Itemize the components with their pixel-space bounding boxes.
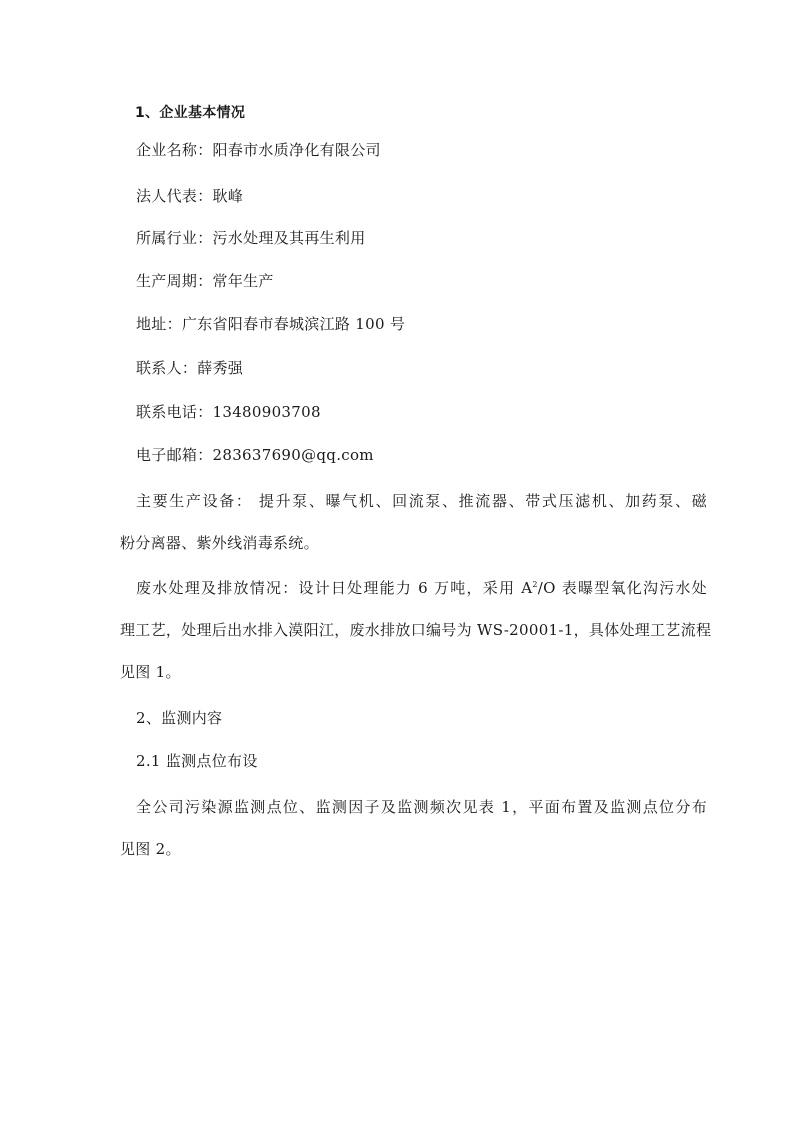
wastewater-line-1: 废水处理及排放情况：设计日处理能力 6 万吨，采用 A2/O 表曝型氧化沟污水处 xyxy=(136,578,707,598)
field-value: 污水处理及其再生利用 xyxy=(213,229,366,247)
field-industry: 所属行业：污水处理及其再生利用 xyxy=(136,228,366,248)
field-address: 地址：广东省阳春市春城滨江路 100 号 xyxy=(136,314,405,334)
equipment-line-2: 粉分离器、紫外线消毒系统。 xyxy=(120,533,319,553)
field-label: 所属行业： xyxy=(136,229,213,247)
field-label: 联系人： xyxy=(136,359,197,377)
field-value: 常年生产 xyxy=(213,272,274,290)
field-label: 企业名称： xyxy=(136,141,213,159)
field-value: 283637690@qq.com xyxy=(213,446,374,464)
field-label: 联系电话： xyxy=(136,403,213,421)
field-production-cycle: 生产周期：常年生产 xyxy=(136,271,274,291)
field-contact-person: 联系人：薛秀强 xyxy=(136,358,243,378)
field-label: 电子邮箱： xyxy=(136,446,213,464)
equipment-line-1: 主要生产设备： 提升泵、曝气机、回流泵、推流器、带式压滤机、加药泵、磁 xyxy=(136,491,707,511)
subsection-heading-monitoring-points: 2.1 监测点位布设 xyxy=(136,751,258,771)
wastewater-line-3: 见图 1。 xyxy=(120,662,181,682)
wastewater-line-2: 理工艺，处理后出水排入漠阳江，废水排放口编号为 WS-20001-1，具体处理工… xyxy=(120,620,707,640)
field-value: 阳春市水质净化有限公司 xyxy=(213,141,381,159)
field-value: 薛秀强 xyxy=(197,359,243,377)
field-company-name: 企业名称：阳春市水质净化有限公司 xyxy=(136,140,381,160)
field-label: 地址： xyxy=(136,315,182,333)
field-value: 耿峰 xyxy=(213,187,244,205)
field-value: 广东省阳春市春城滨江路 100 号 xyxy=(182,315,405,333)
field-legal-representative: 法人代表：耿峰 xyxy=(136,186,243,206)
equipment-text: 提升泵、曝气机、回流泵、推流器、带式压滤机、加药泵、磁 xyxy=(253,492,707,510)
monitoring-paragraph-line-1: 全公司污染源监测点位、监测因子及监测频次见表 1，平面布置及监测点位分布 xyxy=(136,797,707,817)
document-page: 1、企业基本情况 企业名称：阳春市水质净化有限公司 法人代表：耿峰 所属行业：污… xyxy=(0,0,800,1131)
equipment-label: 主要生产设备： xyxy=(136,492,253,510)
section-heading-monitoring: 2、监测内容 xyxy=(136,708,222,728)
field-label: 生产周期： xyxy=(136,272,213,290)
field-contact-phone: 联系电话：13480903708 xyxy=(136,402,321,422)
section-heading-enterprise-info: 1、企业基本情况 xyxy=(135,103,245,123)
monitoring-paragraph-line-2: 见图 2。 xyxy=(120,839,181,859)
field-label: 法人代表： xyxy=(136,187,213,205)
field-email: 电子邮箱：283637690@qq.com xyxy=(136,445,374,465)
field-value: 13480903708 xyxy=(213,403,321,421)
